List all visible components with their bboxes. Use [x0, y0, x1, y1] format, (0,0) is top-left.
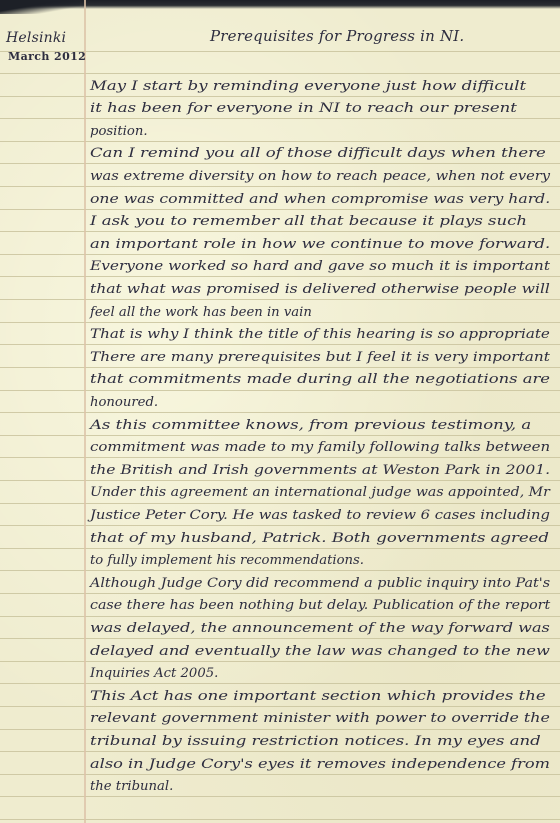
letter-line: case there has been nothing but delay. P… — [90, 598, 550, 613]
letter-line: it has been for everyone in NI to reach … — [90, 101, 517, 116]
letter-line: Can I remind you all of those difficult … — [90, 146, 546, 161]
letter-line: delayed and eventually the law was chang… — [90, 644, 550, 659]
letter-line: As this committee knows, from previous t… — [90, 418, 531, 433]
letter-line: relevant government minister with power … — [90, 711, 550, 726]
letter-line: the tribunal. — [90, 779, 173, 794]
letter-line: Inquiries Act 2005. — [90, 666, 218, 681]
letter-date: March 2012 — [8, 50, 86, 63]
letter-line: also in Judge Cory's eyes it removes ind… — [90, 757, 550, 772]
letter-line: to fully implement his recommendations. — [90, 553, 364, 568]
letter-line: feel all the work has been in vain — [90, 305, 312, 320]
letter-title: Prerequisites for Progress in NI. — [210, 27, 464, 45]
letter-line: This Act has one important section which… — [90, 689, 546, 704]
letter-line: that what was promised is delivered othe… — [90, 282, 550, 297]
letter-line: Although Judge Cory did recommend a publ… — [90, 576, 550, 591]
notepaper-page: Helsinki March 2012 Prerequisites for Pr… — [0, 0, 560, 823]
letter-line: There are many prerequisites but I feel … — [90, 350, 550, 365]
letter-line: tribunal by issuing restriction notices.… — [90, 734, 541, 749]
letter-line: that of my husband, Patrick. Both govern… — [90, 531, 549, 546]
letter-line: an important role in how we continue to … — [90, 237, 550, 252]
letter-line: was extreme diversity on how to reach pe… — [90, 169, 550, 184]
letter-line: Under this agreement an international ju… — [90, 485, 550, 500]
letter-line: was delayed, the announcement of the way… — [90, 621, 550, 636]
letter-line: Everyone worked so hard and gave so much… — [90, 259, 550, 274]
letter-line: May I start by reminding everyone just h… — [90, 79, 526, 94]
letter-line: That is why I think the title of this he… — [90, 327, 550, 342]
letter-line: Justice Peter Cory. He was tasked to rev… — [90, 508, 550, 523]
margin-line — [84, 0, 86, 823]
letter-place: Helsinki — [6, 30, 66, 46]
letter-line: position. — [90, 124, 148, 139]
letter-line: commitment was made to my family followi… — [90, 440, 550, 455]
letter-line: I ask you to remember all that because i… — [90, 214, 527, 229]
letter-line: that commitments made during all the neg… — [90, 372, 550, 387]
letter-line: the British and Irish governments at Wes… — [90, 463, 550, 478]
letter-line: one was committed and when compromise wa… — [90, 192, 550, 207]
letter-line: honoured. — [90, 395, 158, 410]
